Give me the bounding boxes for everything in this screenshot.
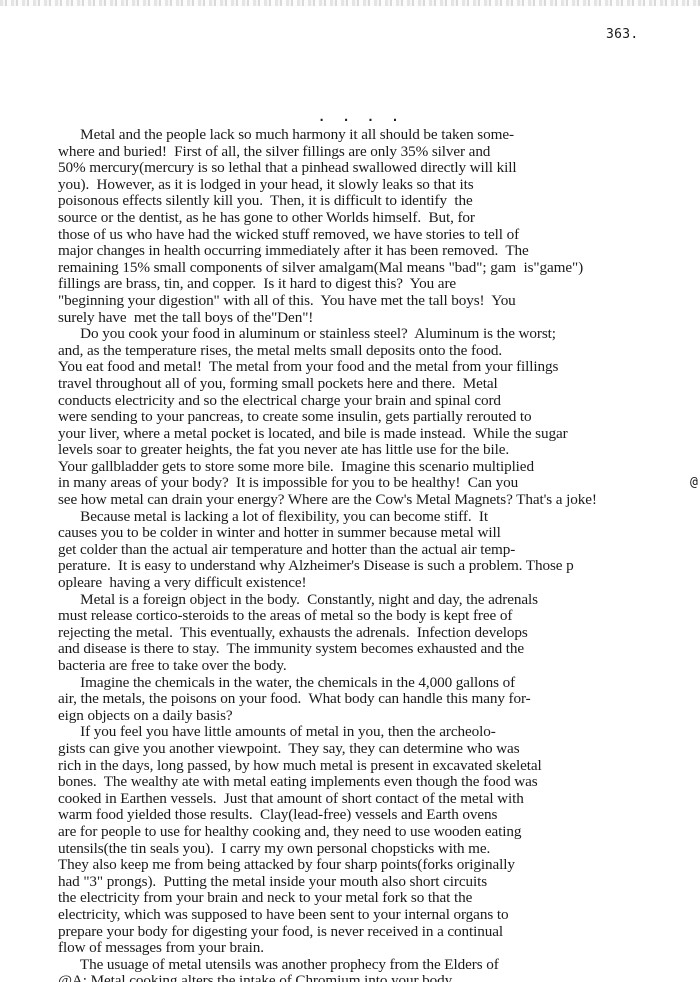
text-line: electricity, which was supposed to have … [58,907,700,924]
text-line: Metal and the people lack so much harmon… [58,127,700,144]
text-line: "beginning your digestion" with all of t… [58,293,700,310]
text-line: in many areas of your body? It is imposs… [58,475,700,492]
text-line: @A: Metal cooking alters the intake of C… [58,973,700,982]
text-line: utensils(the tin seals you). I carry my … [58,841,700,858]
text-line: gists can give you another viewpoint. Th… [58,741,700,758]
scan-artifact-strip [0,0,700,6]
text-line: Imagine the chemicals in the water, the … [58,675,700,692]
text-line: surely have met the tall boys of the"Den… [58,310,700,327]
text-line: those of us who have had the wicked stuf… [58,227,700,244]
page-number: 363. [606,27,639,42]
text-line: cooked in Earthen vessels. Just that amo… [58,791,700,808]
text-line: are for people to use for healthy cookin… [58,824,700,841]
text-line: causes you to be colder in winter and ho… [58,525,700,542]
text-line: and, as the temperature rises, the metal… [58,343,700,360]
text-line: and disease is there to stay. The immuni… [58,641,700,658]
text-line: the electricity from your brain and neck… [58,890,700,907]
text-line: levels soar to greater heights, the fat … [58,442,700,459]
text-line: fillings are brass, tin, and copper. Is … [58,276,700,293]
text-line: Because metal is lacking a lot of flexib… [58,509,700,526]
text-line: were sending to your pancreas, to create… [58,409,700,426]
text-line: Do you cook your food in aluminum or sta… [58,326,700,343]
text-line: must release cortico-steroids to the are… [58,608,700,625]
text-line: conducts electricity and so the electric… [58,393,700,410]
text-line: had "3" prongs). Putting the metal insid… [58,874,700,891]
text-line: major changes in health occurring immedi… [58,243,700,260]
text-line: you). However, as it is lodged in your h… [58,177,700,194]
text-line: eign objects on a daily basis? [58,708,700,725]
text-line: The usuage of metal utensils was another… [58,957,700,974]
text-line: prepare your body for digesting your foo… [58,924,700,941]
text-line: see how metal can drain your energy? Whe… [58,492,700,509]
text-line: your liver, where a metal pocket is loca… [58,426,700,443]
section-separator: . . . . [318,110,404,124]
text-line: air, the metals, the poisons on your foo… [58,691,700,708]
text-line: You eat food and metal! The metal from y… [58,359,700,376]
text-line: remaining 15% small components of silver… [58,260,700,277]
text-line: rich in the days, long passed, by how mu… [58,758,700,775]
text-line: perature. It is easy to understand why A… [58,558,700,575]
text-line: bones. The wealthy ate with metal eating… [58,774,700,791]
text-line: get colder than the actual air temperatu… [58,542,700,559]
text-line: 50% mercury(mercury is so lethal that a … [58,160,700,177]
body-text: Metal and the people lack so much harmon… [58,127,700,982]
text-line: source or the dentist, as he has gone to… [58,210,700,227]
text-line: flow of messages from your brain. [58,940,700,957]
text-line: If you feel you have little amounts of m… [58,724,700,741]
text-line: They also keep me from being attacked by… [58,857,700,874]
text-line: rejecting the metal. This eventually, ex… [58,625,700,642]
text-line: travel throughout all of you, forming sm… [58,376,700,393]
text-line: poisonous effects silently kill you. The… [58,193,700,210]
text-line: where and buried! First of all, the silv… [58,144,700,161]
text-line: Your gallbladder gets to store some more… [58,459,700,476]
text-line: opleare having a very difficult existenc… [58,575,700,592]
text-line: bacteria are free to take over the body. [58,658,700,675]
text-line: Metal is a foreign object in the body. C… [58,592,700,609]
text-line: warm food yielded those results. Clay(le… [58,807,700,824]
